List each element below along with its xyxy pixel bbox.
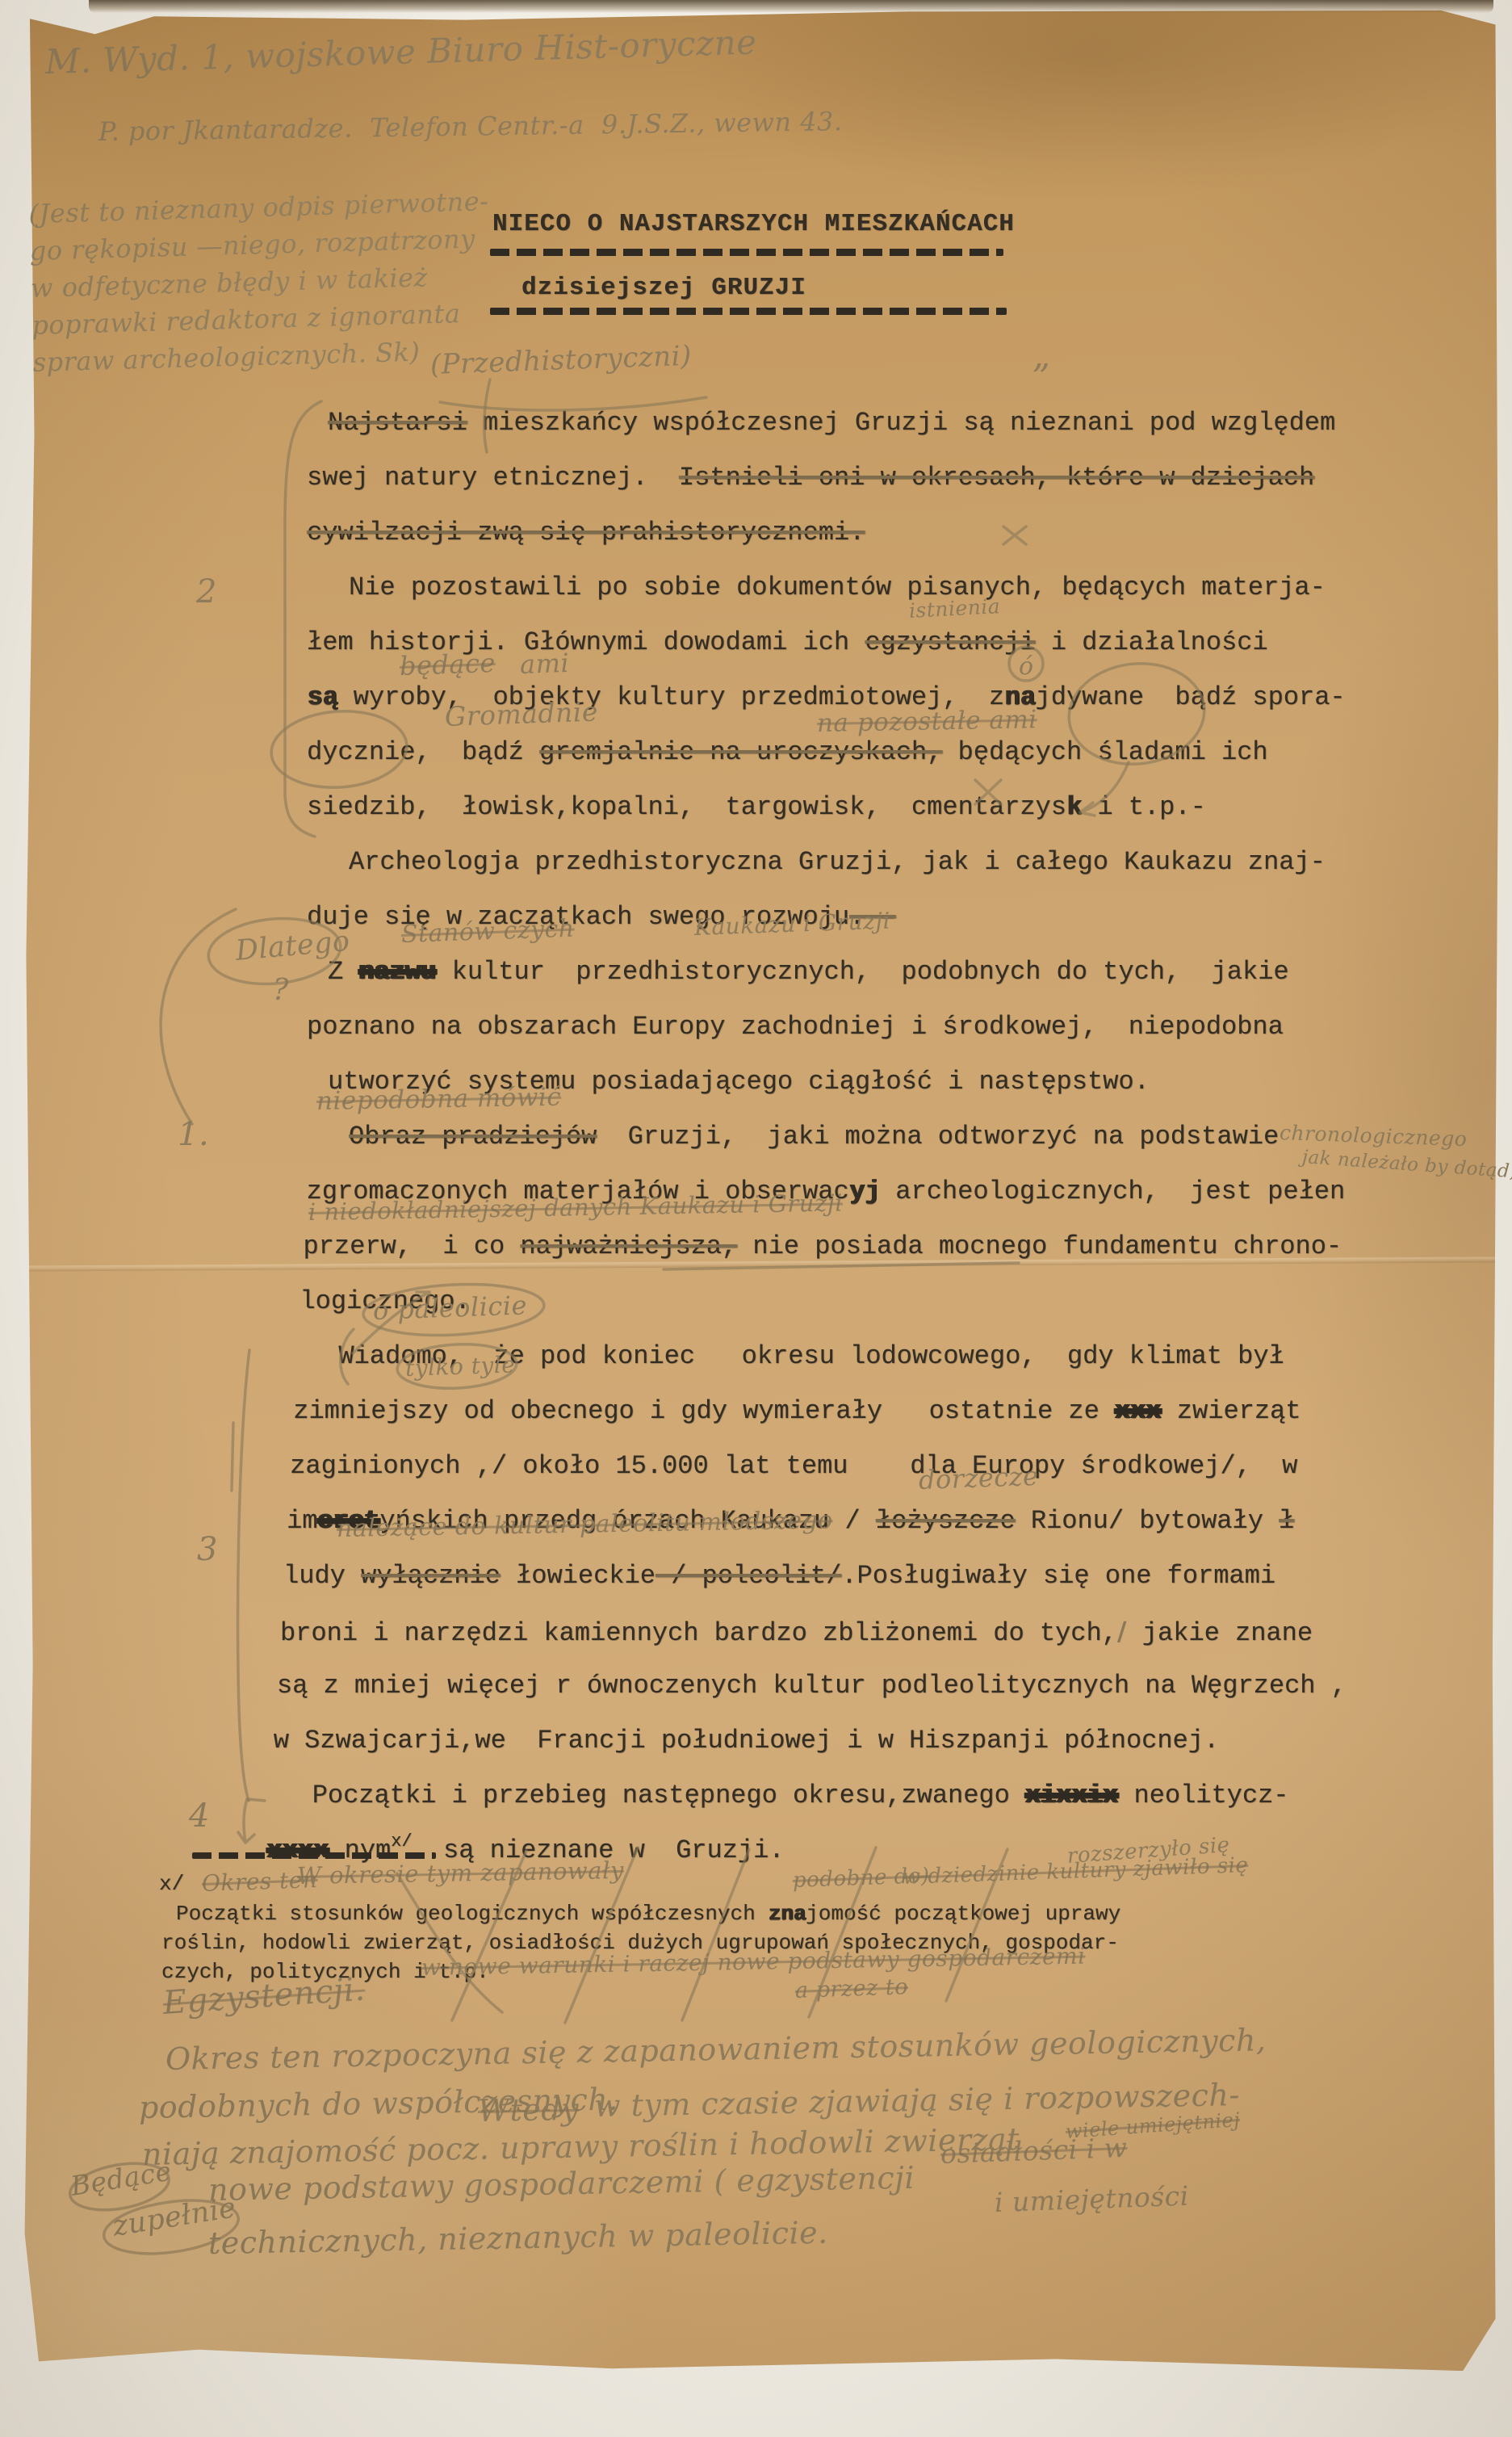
typed-segment: Gruzji, jaki można odtworzyć na podstawi… (597, 1122, 1279, 1151)
typed-segment: xxxx (267, 1835, 329, 1865)
typed-segment: łożyszcze (876, 1506, 1016, 1536)
typed-segment: .Posługiwały się one formami (841, 1561, 1275, 1591)
typed-segment: / (1117, 1616, 1127, 1646)
typed-segment: nazwu (358, 957, 436, 987)
handwriting-annotation: W okresie tym zapanowały (297, 1856, 624, 1890)
typed-segment: i działalności (1036, 627, 1268, 657)
typed-segment: przerw, i co (304, 1231, 521, 1261)
typed-segment: archeologicznych, jest pełen (880, 1177, 1345, 1206)
typed-line: w Szwajcarji,we Francji południowej i w … (274, 1726, 1219, 1755)
typed-segment: Początki stosunków geologicznych współcz… (176, 1902, 768, 1926)
typed-segment: Nie pozostawili po sobie dokumentów pisa… (349, 573, 1326, 602)
typed-line: Nie pozostawili po sobie dokumentów pisa… (349, 573, 1326, 602)
typed-segment: dycznie, bądź (307, 737, 539, 767)
typed-segment: yj (849, 1177, 880, 1206)
handwriting-annotation: ? (273, 974, 289, 1007)
typed-line: zaginionych ,/ około 15.000 lat temu dla… (290, 1451, 1297, 1481)
typed-segment: będących śladami ich (942, 737, 1267, 767)
typed-segment: nie posiada mocnego fundamentu chrono- (737, 1231, 1342, 1261)
footnote-separator (192, 1852, 436, 1859)
typed-segment: Początki i przebieg następnego okresu,zw… (312, 1781, 1025, 1810)
typed-line: Najstarsi mieszkańcy współczesnej Gruzji… (328, 408, 1335, 438)
typed-line: Początki stosunków geologicznych współcz… (176, 1902, 1120, 1926)
typed-line: Obraz pradziejów Gruzji, jaki można odtw… (349, 1122, 1279, 1151)
typed-segment: zimniejszy od obecnego i gdy wymierały o… (293, 1396, 1115, 1426)
handwriting-annotation: niepodobna mówić (316, 1083, 562, 1116)
handwriting-annotation: 2 (196, 573, 217, 610)
typed-line: Archeologja przedhistoryczna Gruzji, jak… (349, 847, 1326, 877)
typed-line: przerw, i co najważniejsza, nie posiada … (304, 1231, 1342, 1261)
handwriting-annotation: o paleolicie (372, 1290, 527, 1326)
typed-segment: jakie znane (1127, 1618, 1313, 1648)
handwriting-annotation: Stanów czych (400, 915, 575, 949)
handwriting-annotation: dorzecze (918, 1461, 1039, 1495)
typed-segment: poznano na obszarach Europy zachodniej i… (307, 1012, 1284, 1042)
document-scan-page: { "header": { "line1": "M. Wyd. 1, wojsk… (0, 0, 1512, 2437)
handwriting-annotation: Gromadnie (444, 695, 598, 732)
typed-segment: jomość początkowej uprawy (806, 1902, 1120, 1926)
handwriting-annotation: na pozostałe ami (817, 705, 1037, 738)
typed-line: cywilzacji zwą się prahistorycznemi. (307, 518, 865, 547)
handwriting-annotation: istnienia (908, 594, 1001, 623)
handwriting-annotation: ” (1032, 357, 1050, 398)
handwriting-annotation: 3 (197, 1531, 218, 1568)
typed-segment: zaginionych ,/ około 15.000 lat temu dla… (290, 1451, 1297, 1481)
handwriting-annotation: tylko tyle (404, 1351, 515, 1382)
handwriting-annotation: będące (399, 648, 496, 682)
margin-note: (Jest to nieznany odpis pierwotne-go ręk… (28, 182, 493, 381)
typed-segment: Archeologja przedhistoryczna Gruzji, jak… (349, 847, 1326, 877)
document-title-line2: dzisiejszej GRUZJI (521, 274, 806, 302)
title-underline-2 (490, 308, 1007, 315)
typed-segment: najważniejsza, (520, 1231, 737, 1261)
footnote-marker: x/ (159, 1872, 184, 1896)
typed-segment: łowieckie (501, 1561, 655, 1591)
typed-line: dycznie, bądź gremjalnie na uroczyskach,… (307, 737, 1268, 767)
typed-segment: Z (328, 957, 358, 987)
typed-line: Początki i przebieg następnego okresu,zw… (312, 1781, 1289, 1810)
handwriting-annotation: ami (519, 648, 569, 680)
typed-segment: zwierząt (1162, 1396, 1301, 1426)
typed-line: siedzib, łowisk,kopalni, targowisk, cmen… (307, 792, 1206, 822)
typed-line: ludy wyłącznie łowieckie / poleolit/.Pos… (283, 1561, 1275, 1591)
handwriting-annotation: 1. (178, 1116, 209, 1153)
handwriting-annotation: Wtedy (478, 2091, 580, 2129)
typed-segment: łem historji. Głównymi dowodami ich (307, 627, 865, 657)
document-title-line1: NIECO O NAJSTARSZYCH MIESZKAŃCACH (492, 210, 1015, 238)
typed-segment: i t.p.- (1082, 792, 1206, 822)
typed-segment: xixxix (1025, 1781, 1118, 1810)
typed-segment: kultur przedhistorycznych, podobnych do … (436, 957, 1288, 987)
typed-segment: zna (768, 1902, 806, 1926)
typed-segment: swej natury etnicznej. (307, 463, 679, 493)
typed-line: zimniejszy od obecnego i gdy wymierały o… (293, 1396, 1300, 1426)
typed-segment: siedzib, łowisk,kopalni, targowisk, cmen… (307, 792, 1066, 822)
typed-segment: Najstarsi (328, 408, 467, 438)
handwriting-annotation: ó (1019, 652, 1034, 681)
typed-segment: są (307, 682, 337, 712)
handwriting-annotation: 4 (189, 1797, 210, 1835)
typed-segment: broni i narzędzi kamiennych bardzo zbliż… (280, 1618, 1117, 1648)
handwriting-annotation: a przez to (794, 1974, 908, 2003)
title-underline-1 (490, 249, 1003, 256)
typed-segment: mieszkańcy współczesnej Gruzji są niezna… (467, 408, 1335, 438)
typed-segment: neolitycz- (1118, 1781, 1288, 1810)
typed-line: Z nazwu kultur przedhistorycznych, podob… (328, 957, 1289, 987)
typed-segment: cywilzacji zwą się prahistorycznemi. (307, 518, 865, 547)
typed-line: swej natury etnicznej. Istnieli oni w ok… (307, 463, 1314, 493)
typed-segment: wyłącznie (361, 1561, 501, 1591)
typed-segment: x/ (391, 1831, 412, 1852)
typed-segment: Istnieli oni w okresach, które w dziejac… (679, 463, 1314, 493)
typed-segment: ł (1279, 1506, 1294, 1536)
typed-segment: gremjalnie na uroczyskach, (539, 737, 942, 767)
typed-segment: są z mniej więcej r ównoczenych kultur p… (277, 1671, 1347, 1701)
typed-segment: w Szwajcarji,we Francji południowej i w … (274, 1726, 1219, 1755)
typed-segment: ludy (283, 1561, 361, 1591)
typed-segment: Obraz pradziejów (349, 1122, 597, 1151)
typed-segment: xxx (1115, 1396, 1162, 1426)
typed-segment: / poleolit/ (655, 1561, 841, 1591)
typed-segment: Rionu/ bytowały (1016, 1506, 1279, 1536)
typed-segment: k (1066, 792, 1082, 822)
typed-segment: jdywane bądź spora- (1036, 682, 1346, 712)
typed-line: poznano na obszarach Europy zachodniej i… (307, 1012, 1284, 1042)
typed-segment: im (287, 1506, 317, 1536)
typed-line: są z mniej więcej r ównoczenych kultur p… (277, 1671, 1347, 1701)
typed-line: broni i narzędzi kamiennych bardzo zbliż… (280, 1616, 1313, 1648)
typed-segment: egzystancji (865, 627, 1035, 657)
